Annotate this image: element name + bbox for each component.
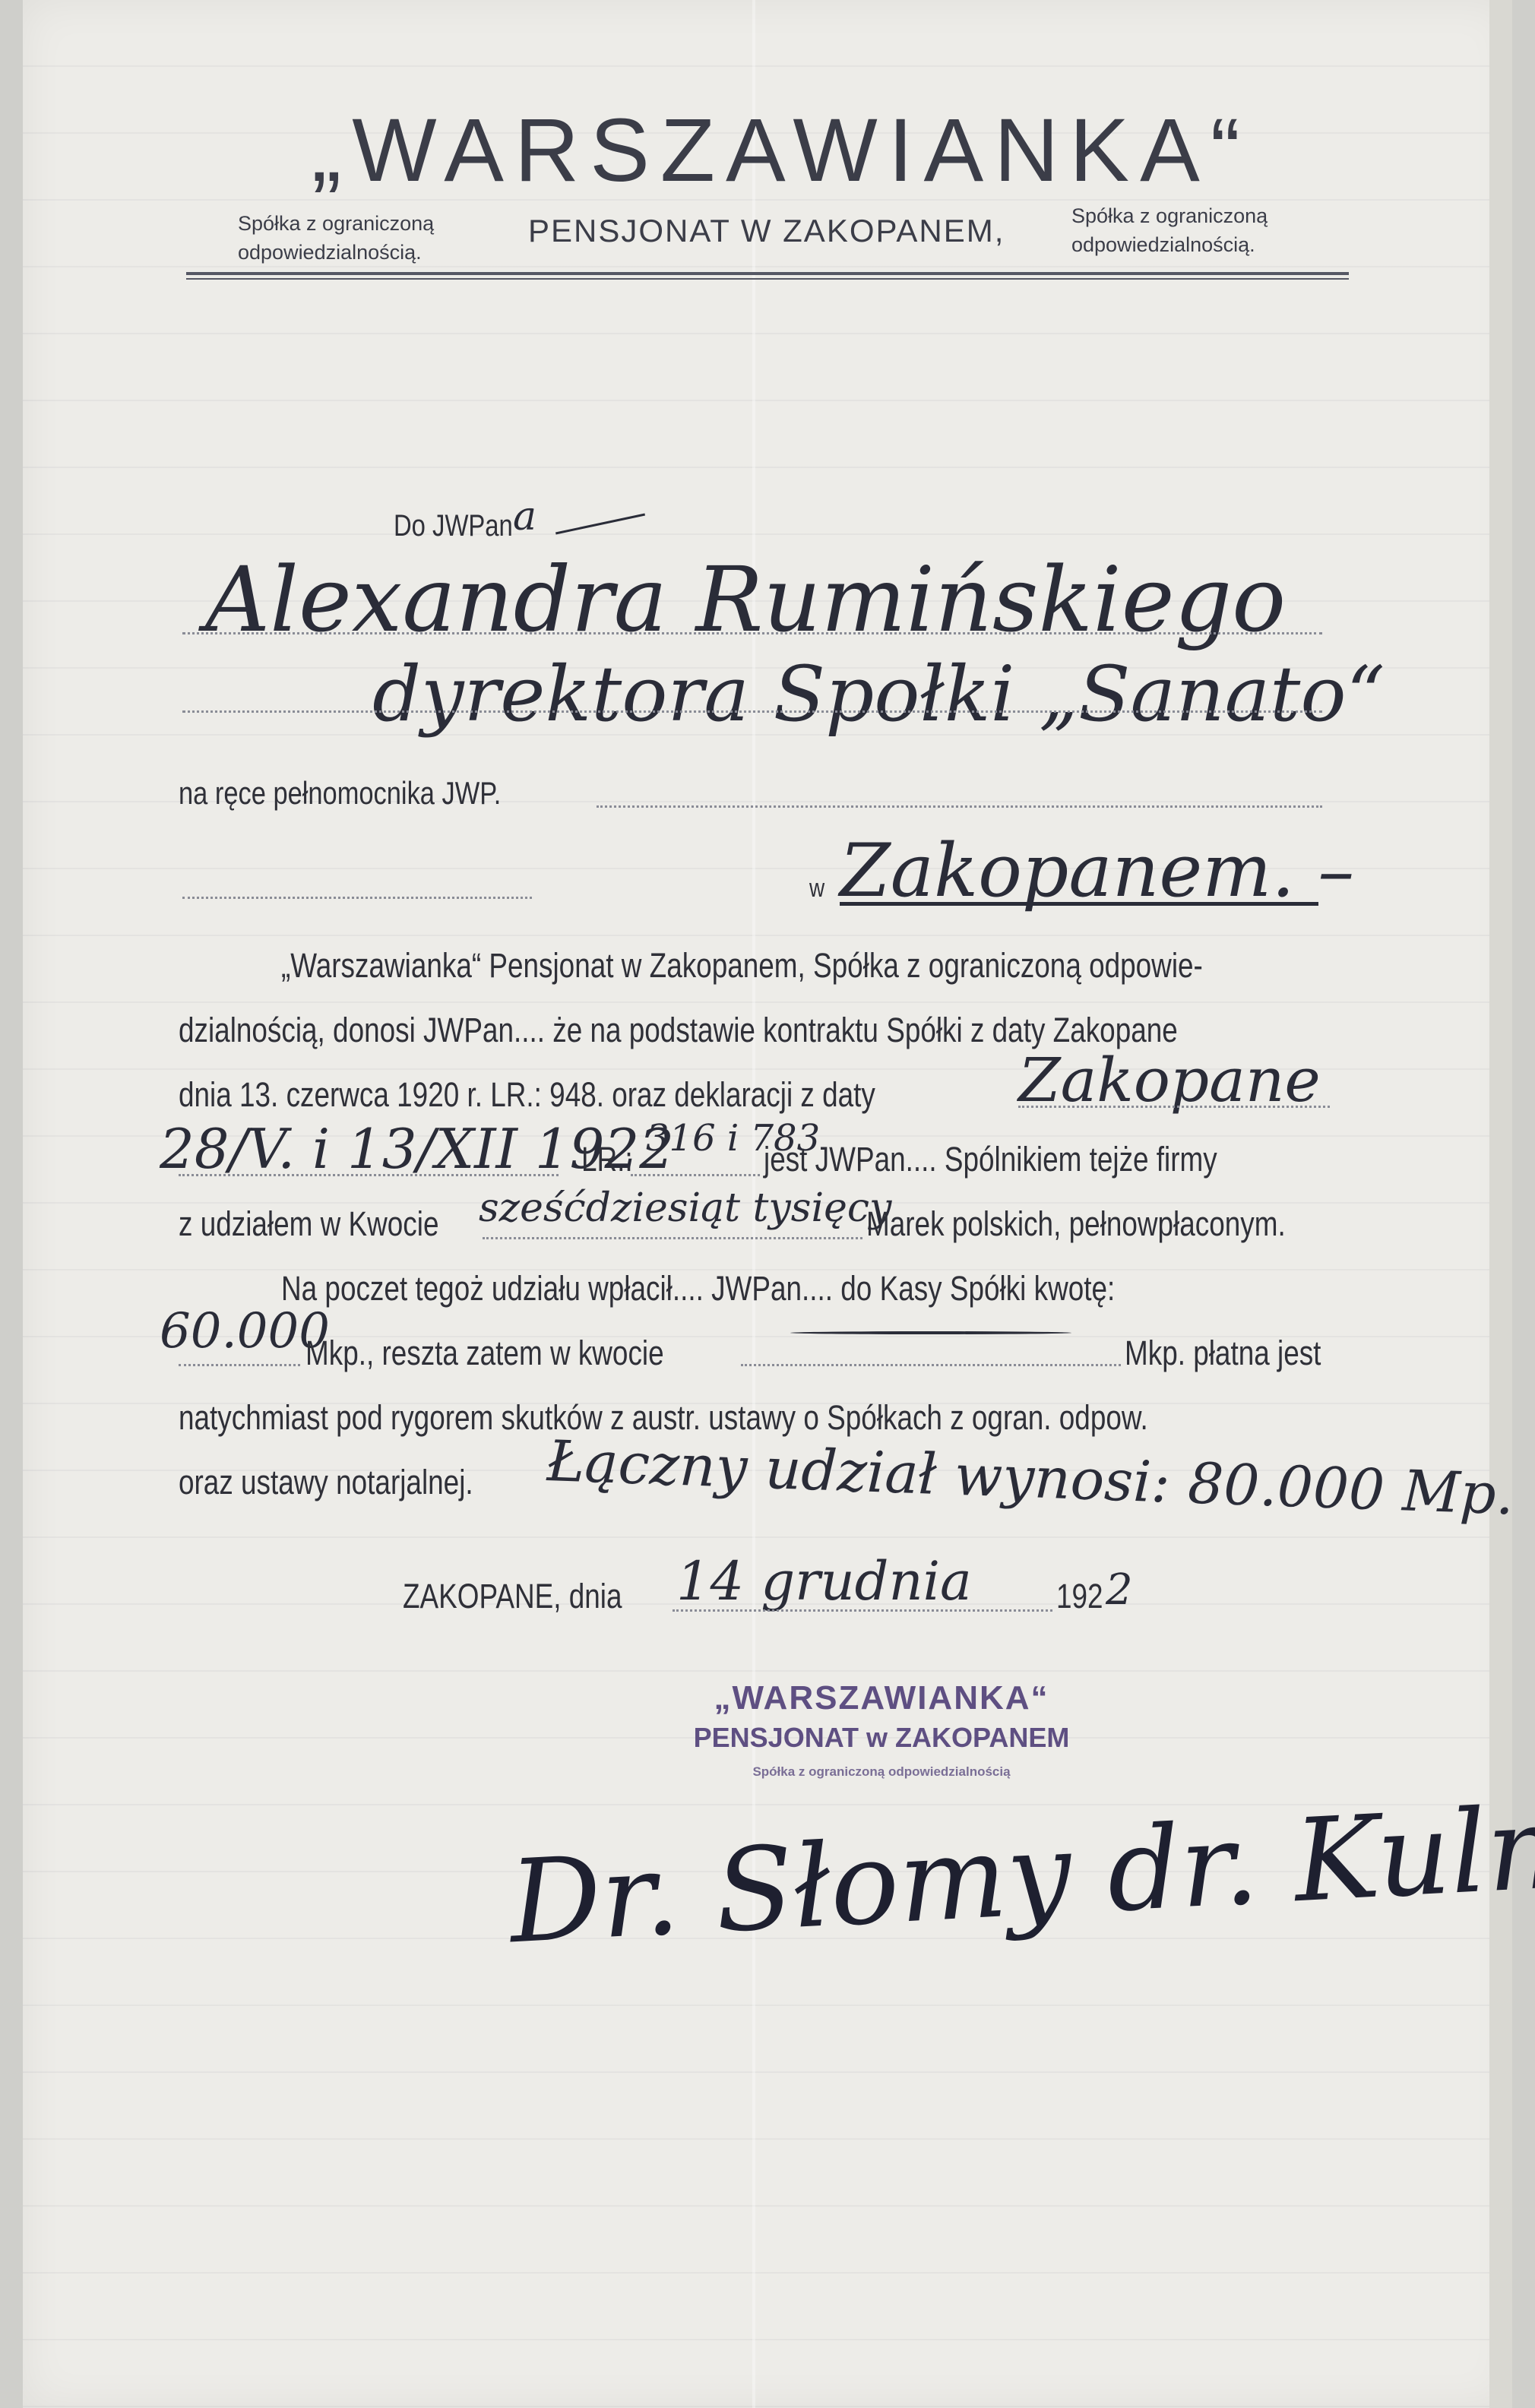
remaining-amount-line <box>741 1364 1121 1366</box>
body-p1-line1: „Warszawianka“ Pensjonat w Zakopanem, Sp… <box>281 946 1203 986</box>
declaration-place-line <box>1018 1106 1330 1108</box>
body-p2-line1: Na poczet tegoż udziału wpłacił.... JWPa… <box>281 1269 1115 1308</box>
location-handwritten: Zakopanem. – <box>840 828 1354 913</box>
location-blank-line <box>182 897 532 899</box>
paper-edge <box>1489 0 1512 2408</box>
stamp-line1: „WARSZAWIANKA“ <box>646 1679 1117 1717</box>
letterhead-company-name: „WARSZAWIANKA“ <box>312 99 1251 202</box>
letterhead-subtitle: PENSJONAT W ZAKOPANEM, <box>528 213 1005 249</box>
total-share-handwritten: Łączny udział wynosi: 80.000 Mp. <box>546 1429 1514 1527</box>
paid-amount-handwritten: 60.000 <box>160 1303 330 1359</box>
addressee-title-line <box>182 710 1322 713</box>
remaining-amount-dash <box>790 1331 1071 1334</box>
letterhead-rule-bottom <box>186 278 1349 280</box>
salutation-flourish <box>555 514 645 535</box>
document-sheet: „WARSZAWIANKA“ Spółka z ograniczoną odpo… <box>23 0 1512 2408</box>
dateline-date-handwritten: 14 grudnia <box>676 1550 972 1612</box>
location-prefix: w <box>809 874 824 903</box>
addressee-name-line <box>182 632 1322 634</box>
stamp-line3: Spółka z ograniczoną odpowiedzialnością <box>646 1764 1117 1780</box>
lr-label: LR.: <box>581 1140 633 1179</box>
letterhead-rule-top <box>186 272 1349 275</box>
signature: Dr. Słomy dr. Kulm <box>506 1780 1535 1970</box>
addressee-title-handwritten: dyrektora Społki „Sanato“ <box>372 650 1385 739</box>
legal-form-left-line2: odpowiedzialnością. <box>238 238 434 267</box>
body-p2-line2b: Mkp. płatna jest <box>1125 1334 1321 1373</box>
legal-form-right-line1: Spółka z ograniczoną <box>1071 201 1268 230</box>
legal-form-right-line2: odpowiedzialnością. <box>1071 230 1268 259</box>
share-amount-suffix: Marek polskich, pełnowpłaconym. <box>866 1204 1286 1244</box>
paid-amount-line <box>179 1364 300 1366</box>
dateline-year-handwritten: 2 <box>1106 1565 1133 1615</box>
declaration-dates-line <box>179 1174 559 1176</box>
body-p2-line4: oraz ustawy notarjalnej. <box>179 1463 473 1502</box>
salutation-label: Do JWPan <box>394 509 513 543</box>
body-p1-line4: jest JWPan.... Spólnikiem tejże firmy <box>764 1140 1217 1179</box>
letterhead-legal-form-left: Spółka z ograniczoną odpowiedzialnością. <box>238 209 434 267</box>
company-stamp: „WARSZAWIANKA“ PENSJONAT w ZAKOPANEM Spó… <box>646 1679 1117 1780</box>
proxy-label: na ręce pełnomocnika JWP. <box>179 775 501 812</box>
salutation-suffix-handwritten: a <box>513 494 536 540</box>
proxy-line <box>597 805 1322 808</box>
location-underline <box>840 902 1318 906</box>
share-amount-label: z udziałem w Kwocie <box>179 1204 438 1244</box>
dateline-place: ZAKOPANE, dnia <box>403 1577 622 1616</box>
body-p2-line3: natychmiast pod rygorem skutków z austr.… <box>179 1398 1148 1438</box>
letterhead-legal-form-right: Spółka z ograniczoną odpowiedzialnością. <box>1071 201 1268 259</box>
share-amount-line <box>483 1237 862 1239</box>
stamp-line2: PENSJONAT w ZAKOPANEM <box>646 1722 1117 1754</box>
body-p1-line3: dnia 13. czerwca 1920 r. LR.: 948. oraz … <box>179 1075 875 1115</box>
addressee-name-handwritten: Alexandra Rumińskiego <box>205 547 1286 652</box>
lr-numbers-line <box>631 1174 760 1176</box>
share-amount-handwritten: sześćdziesiąt tysięcy <box>479 1185 891 1231</box>
legal-form-left-line1: Spółka z ograniczoną <box>238 209 434 238</box>
body-p2-line2a: Mkp., reszta zatem w kwocie <box>305 1334 664 1373</box>
dateline-date-line <box>673 1609 1052 1612</box>
dateline-year-printed: 192 <box>1056 1577 1103 1616</box>
